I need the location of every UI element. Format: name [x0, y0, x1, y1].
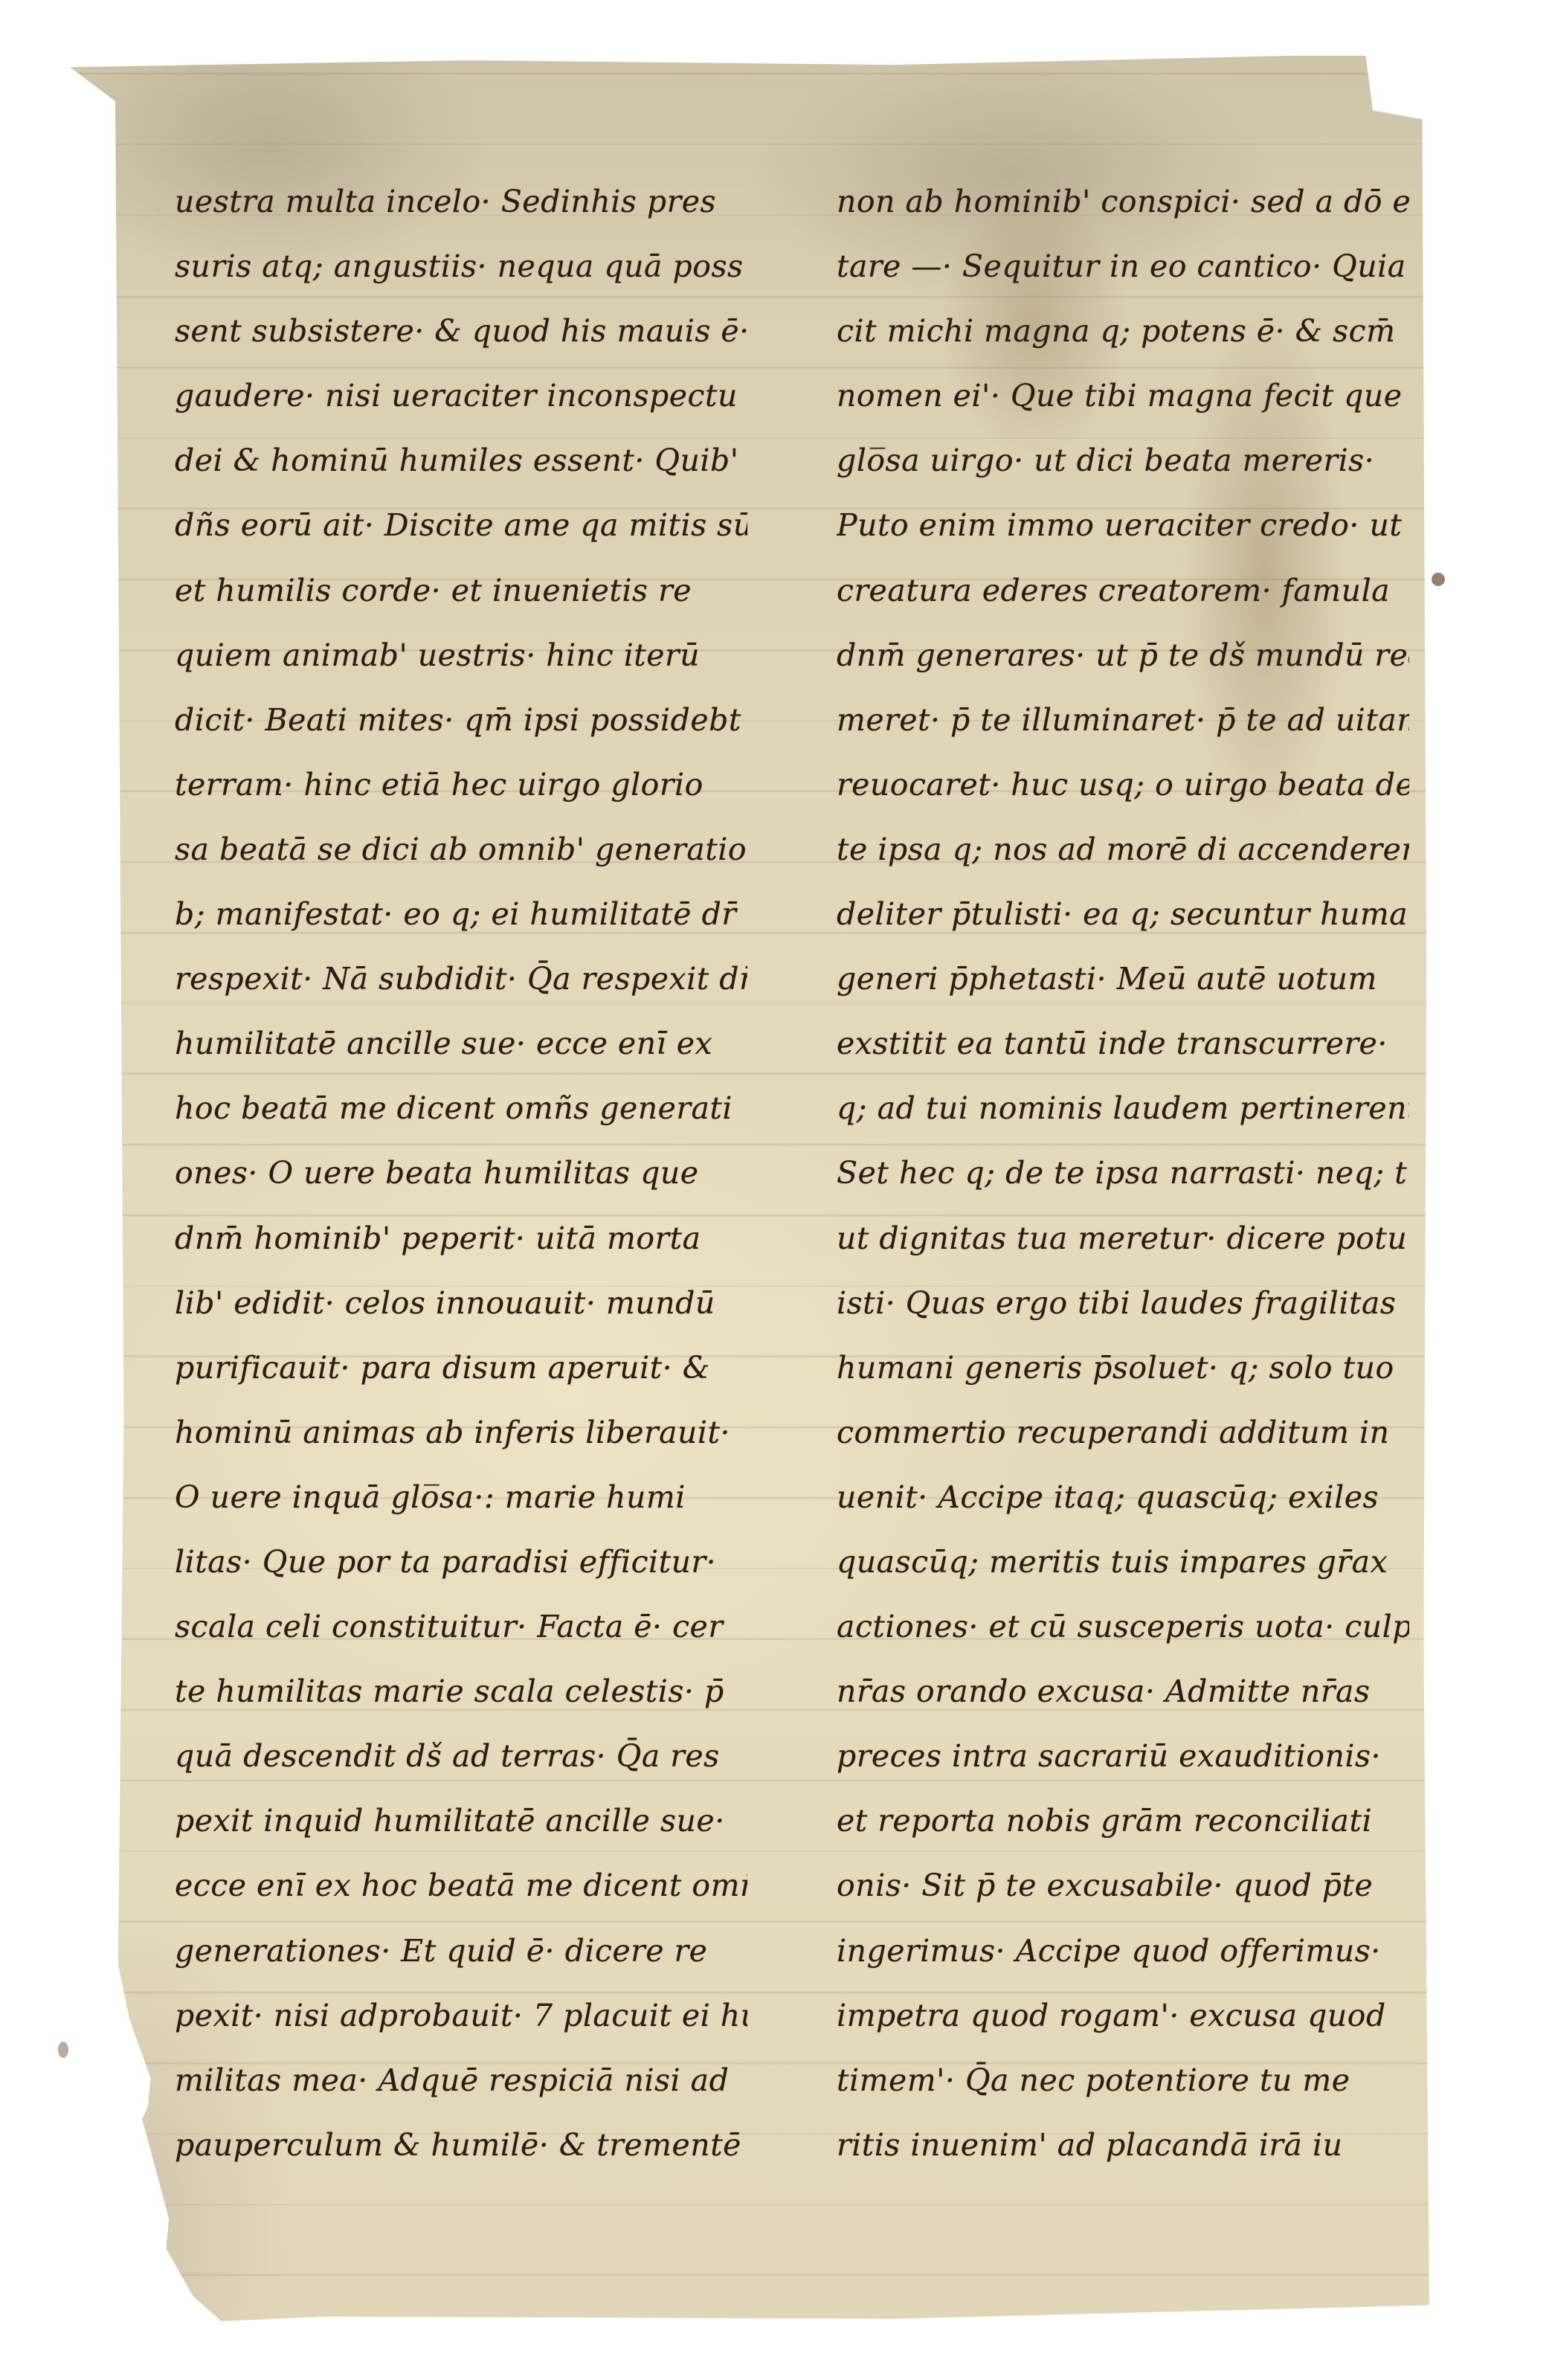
manuscript-line: ingerimus· Accipe quod offerimus·	[837, 1919, 1409, 1984]
manuscript-line: uestra multa incelo· Sedinhis pres	[175, 170, 747, 234]
manuscript-line: pexit· nisi adprobauit· 7 placuit ei hu	[175, 1984, 747, 2048]
manuscript-line: quiem animab' uestris· hinc iterū	[175, 623, 747, 688]
manuscript-line: isti· Quas ergo tibi laudes fragilitas	[837, 1271, 1409, 1336]
manuscript-line: lib' edidit· celos innouauit· mundū	[175, 1271, 747, 1336]
manuscript-line: et humilis corde· et inuenietis re	[175, 559, 747, 623]
manuscript-line: dei & hominū humiles essent· Quib'	[175, 428, 747, 493]
manuscript-line: sa beatā se dici ab omnib' generationi	[175, 817, 747, 882]
manuscript-line: Set hec q; de te ipsa narrasti· neq; tu	[837, 1141, 1409, 1206]
manuscript-line: suris atq; angustiis· nequa quā poss	[175, 234, 747, 299]
manuscript-line: hominū animas ab inferis liberauit·	[175, 1400, 747, 1465]
manuscript-line: glo̅sa uirgo· ut dici beata mereris·	[837, 428, 1409, 493]
manuscript-line: humilitatē ancille sue· ecce enī ex	[175, 1011, 747, 1076]
manuscript-line: dnm̄ hominib' peperit· uitā morta	[175, 1206, 747, 1271]
manuscript-line: sent subsistere· & quod his mauis ē·	[175, 299, 747, 364]
manuscript-line: meret· p̄ te illuminaret· p̄ te ad uitam	[837, 688, 1409, 753]
manuscript-line: gaudere· nisi ueraciter inconspectu	[175, 364, 747, 428]
text-column-right: non ab hominib' conspici· sed a dō expet…	[837, 170, 1409, 2178]
manuscript-line: actiones· et cū susceperis uota· culpas	[837, 1595, 1409, 1659]
manuscript-line: b; manifestat· eo q; ei humilitatē dr̄	[175, 882, 747, 947]
manuscript-line: ecce enī ex hoc beatā me dicent omñs	[175, 1853, 747, 1918]
manuscript-line: non ab hominib' conspici· sed a dō expe	[837, 170, 1409, 234]
manuscript-line: purificauit· para disum aperuit· &	[175, 1336, 747, 1400]
manuscript-line: nr̄as orando excusa· Admitte nr̄as	[837, 1659, 1409, 1724]
manuscript-line: O uere inquā glo̅sa·: marie humi	[175, 1465, 747, 1530]
manuscript-line: timem'· Q̄a nec potentiore tu me	[837, 2048, 1409, 2113]
manuscript-line: dnm̄ generares· ut p̄ te dš mundū redi	[837, 623, 1409, 688]
manuscript-line: impetra quod rogam'· excusa quod	[837, 1984, 1409, 2048]
manuscript-line: hoc beatā me dicent omñs generati	[175, 1076, 747, 1141]
manuscript-line: deliter p̄tulisti· ea q; secuntur humano	[837, 882, 1409, 947]
manuscript-line: quā descendit dš ad terras· Q̄a res	[175, 1724, 747, 1789]
manuscript-line: q; ad tui nominis laudem pertinerent·	[837, 1076, 1409, 1141]
manuscript-line: commertio recuperandi additum in	[837, 1400, 1409, 1465]
manuscript-line: nomen ei'· Que tibi magna fecit que sum	[837, 364, 1409, 428]
manuscript-line: pauperculum & humilē· & trementē	[175, 2113, 747, 2178]
ink-spot	[1432, 573, 1445, 586]
manuscript-line: ut dignitas tua meretur· dicere potu	[837, 1206, 1409, 1271]
ink-spot	[58, 2042, 68, 2058]
manuscript-line: Puto enim immo ueraciter credo· ut	[837, 493, 1409, 558]
manuscript-line: ones· O uere beata humilitas que	[175, 1141, 747, 1206]
manuscript-line: scala celi constituitur· Facta ē· cer	[175, 1595, 747, 1659]
manuscript-line: exstitit ea tantū inde transcurrere·	[837, 1011, 1409, 1076]
manuscript-line: terram· hinc etiā hec uirgo glorio	[175, 753, 747, 817]
text-column-left: uestra multa incelo· Sedinhis pressuris …	[175, 170, 747, 2178]
manuscript-line: preces intra sacrariū exauditionis·	[837, 1724, 1409, 1789]
manuscript-line: quascūq; meritis tuis impares gr̄ax	[837, 1530, 1409, 1595]
manuscript-line: te ipsa q; nos ad morē di accenderent· f…	[837, 817, 1409, 882]
manuscript-line: generi p̄phetasti· Meū autē uotum	[837, 947, 1409, 1011]
manuscript-line: ritis inuenim' ad placandā irā iu	[837, 2113, 1409, 2178]
manuscript-line: reuocaret· huc usq; o uirgo beata de	[837, 753, 1409, 817]
manuscript-line: respexit· Nā subdidit· Q̄a respexit dr̄	[175, 947, 747, 1011]
manuscript-line: pexit inquid humilitatē ancille sue·	[175, 1789, 747, 1853]
manuscript-line: generationes· Et quid ē· dicere re	[175, 1919, 747, 1984]
manuscript-line: cit michi magna q; potens ē· & scm̄	[837, 299, 1409, 364]
manuscript-line: dñs eorū ait· Discite ame qa mitis sū	[175, 493, 747, 558]
manuscript-line: tare —· Sequitur in eo cantico· Quia fe	[837, 234, 1409, 299]
manuscript-line: uenit· Accipe itaq; quascūq; exiles	[837, 1465, 1409, 1530]
manuscript-line: dicit· Beati mites· qm̄ ipsi possidebt	[175, 688, 747, 753]
manuscript-line: onis· Sit p̄ te excusabile· quod p̄te	[837, 1853, 1409, 1918]
manuscript-line: humani generis p̄soluet· q; solo tuo	[837, 1336, 1409, 1400]
manuscript-line: litas· Que por ta paradisi efficitur·	[175, 1530, 747, 1595]
manuscript-line: creatura ederes creatorem· famula	[837, 559, 1409, 623]
manuscript-line: et reporta nobis grām reconciliati	[837, 1789, 1409, 1853]
manuscript-line: te humilitas marie scala celestis· p̄	[175, 1659, 747, 1724]
manuscript-line: militas mea· Adquē respiciā nisi ad	[175, 2048, 747, 2113]
